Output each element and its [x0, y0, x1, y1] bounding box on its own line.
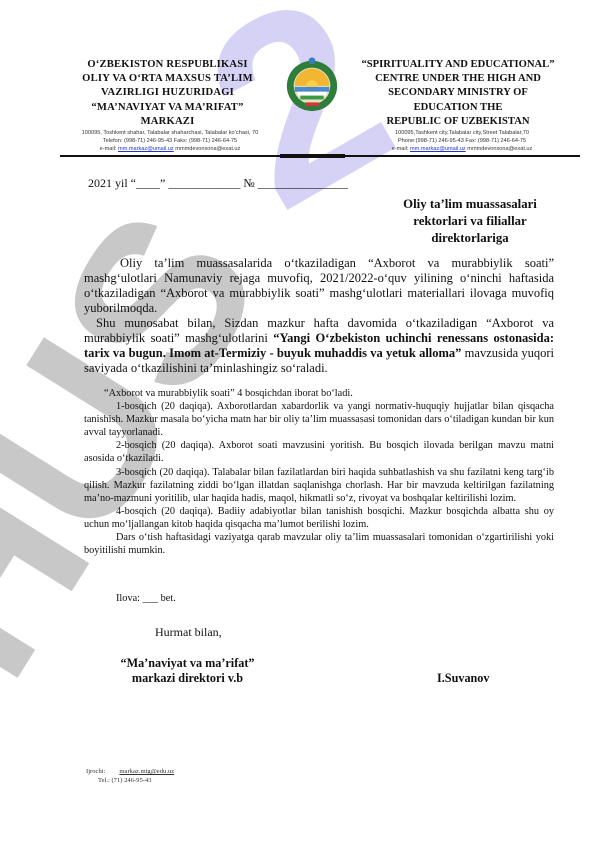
- email-secondary: mmmdevonxona@exat.uz: [175, 146, 240, 152]
- paragraph: Shu munosabat bilan, Sizdan mazkur hafta…: [84, 316, 554, 376]
- email-link[interactable]: mm.markaz@umail.uz: [410, 146, 466, 152]
- header-left-contacts: 100095, Toshkent shahar, Talabalar shaha…: [55, 129, 285, 153]
- header-right-line: CENTRE UNDER THE HIGH AND: [342, 72, 574, 86]
- stage-4: 4-bosqich (20 daqiqa). Badiiy adabiyotla…: [84, 505, 554, 531]
- recipient-line: direktorlariga: [380, 230, 560, 247]
- phone: Telefon: (998-71) 246-95-43 Faks: (998-7…: [55, 137, 285, 145]
- recipient-block: Oliy ta’lim muassasalari rektorlari va f…: [380, 196, 560, 247]
- date-number-line: 2021 yil “____” ____________ № _________…: [88, 176, 348, 191]
- phone: Phone:(998-71) 246-95-43 Fax: (998-71) 2…: [350, 137, 574, 145]
- stage-1: 1-bosqich (20 daqiqa). Axborotlardan xab…: [84, 400, 554, 439]
- closing: Hurmat bilan,: [155, 625, 222, 640]
- header-right-line: SECONDARY MINISTRY OF: [342, 86, 574, 100]
- header-left-org: O‘ZBEKISTON RESPUBLIKASI OLIY VA O‘RTA M…: [60, 58, 275, 129]
- header-left-line: MARKAZI: [60, 115, 275, 129]
- letter-body-stages: “Axborot va murabbiylik soati” 4 bosqich…: [84, 387, 554, 557]
- stage-3: 3-bosqich (20 daqiqa). Talabalar bilan f…: [84, 466, 554, 505]
- executor-line: Ijrochi:markaz.mtg@edu.uz: [86, 767, 174, 776]
- email-secondary: mmmdevonxona@exat.uz: [467, 146, 532, 152]
- executor-label: Ijrochi:: [86, 768, 105, 775]
- address: 100095, Toshkent shahar, Talabalar shaha…: [55, 129, 285, 137]
- paragraph: Dars o‘tish haftasidagi vaziyatga qarab …: [84, 531, 554, 557]
- header-divider-thick: [280, 154, 345, 158]
- header-right-line: REPUBLIC OF UZBEKISTAN: [342, 115, 574, 129]
- header-left-line: VAZIRLIGI HUZURIDAGI: [60, 86, 275, 100]
- header-right-contacts: 100095,Tashkent city,Talabalar city,Stre…: [350, 129, 574, 153]
- header-left-line: O‘ZBEKISTON RESPUBLIKASI: [60, 58, 275, 72]
- executor-footer: Ijrochi:markaz.mtg@edu.uz Tel.: (71) 246…: [86, 767, 174, 785]
- header-right-line: “SPIRITUALITY AND EDUCATIONAL”: [342, 58, 574, 72]
- recipient-line: Oliy ta’lim muassasalari: [380, 196, 560, 213]
- stage-2: 2-bosqich (20 daqiqa). Axborot soati mav…: [84, 439, 554, 465]
- executor-email-link[interactable]: markaz.mtg@edu.uz: [119, 768, 174, 775]
- signatory-title: “Ma’naviyat va ma’rifat” markazi direkto…: [100, 656, 275, 686]
- paragraph: “Axborot va murabbiylik soati” 4 bosqich…: [84, 387, 554, 400]
- header-left-line: “MA’NAVIYAT VA MA’RIFAT”: [60, 101, 275, 115]
- signatory-name: I.Suvanov: [437, 671, 490, 686]
- email-link[interactable]: mm.markaz@umail.uz: [118, 146, 174, 152]
- header-left-line: OLIY VA O‘RTA MAXSUS TA’LIM: [60, 72, 275, 86]
- attachment-note: Ilova: ___ bet.: [116, 593, 176, 604]
- email-line: e-mail: mm.markaz@umail.uz mmmdevonxona@…: [55, 145, 285, 153]
- address: 100095,Tashkent city,Talabalar city,Stre…: [350, 129, 574, 137]
- executor-phone: Tel.: (71) 246-95-43: [86, 776, 174, 785]
- email-label: e-mail:: [392, 146, 409, 152]
- paragraph: Oliy ta’lim muassasalarida o‘tkaziladiga…: [84, 256, 554, 316]
- signatory-line: markazi direktori v.b: [100, 671, 275, 686]
- state-emblem-icon: [283, 55, 341, 113]
- email-line: e-mail: mm.markaz@umail.uz mmmdevonxona@…: [350, 145, 574, 153]
- header-right-line: EDUCATION THE: [342, 101, 574, 115]
- letter-page: O‘ZBEKISTON RESPUBLIKASI OLIY VA O‘RTA M…: [0, 0, 596, 842]
- signatory-line: “Ma’naviyat va ma’rifat”: [100, 656, 275, 671]
- email-label: e-mail:: [100, 146, 117, 152]
- letter-body-main: Oliy ta’lim muassasalarida o‘tkaziladiga…: [84, 256, 554, 376]
- recipient-line: rektorlari va filiallar: [380, 213, 560, 230]
- header-right-org: “SPIRITUALITY AND EDUCATIONAL” CENTRE UN…: [342, 58, 574, 129]
